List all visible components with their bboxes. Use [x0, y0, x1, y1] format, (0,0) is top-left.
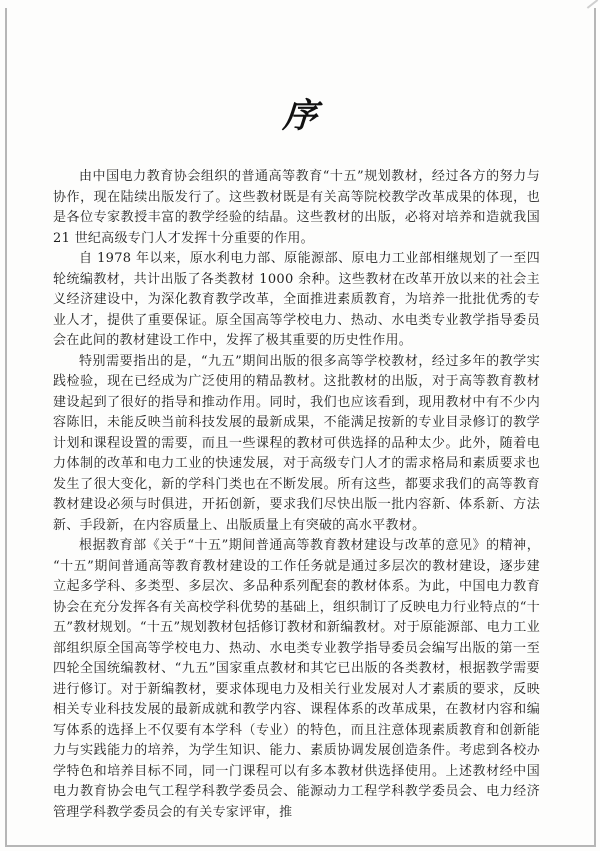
preface-paragraph-3: 特别需要指出的是，“九五”期间出版的很多高等学校教材，经过多年的教学实践检验，现…	[53, 352, 540, 537]
preface-title: 序	[0, 96, 600, 136]
preface-paragraph-4: 根据教育部《关于“十五”期间普通高等教育教材建设与改革的意见》的精神，“十五”期…	[53, 536, 540, 823]
preface-body: 由中国电力教育协会组织的普通高等教育“十五”规划教材，经过各方的努力与协作，现在…	[53, 167, 540, 823]
preface-paragraph-1: 由中国电力教育协会组织的普通高等教育“十五”规划教材，经过各方的努力与协作，现在…	[53, 167, 540, 249]
scanned-book-page: 序 由中国电力教育协会组织的普通高等教育“十五”规划教材，经过各方的努力与协作，…	[0, 0, 600, 851]
preface-paragraph-2: 自 1978 年以来，原水利电力部、原能源部、原电力工业部相继规划了一至四轮统编…	[53, 249, 540, 352]
page-corner-mark	[587, 0, 598, 9]
